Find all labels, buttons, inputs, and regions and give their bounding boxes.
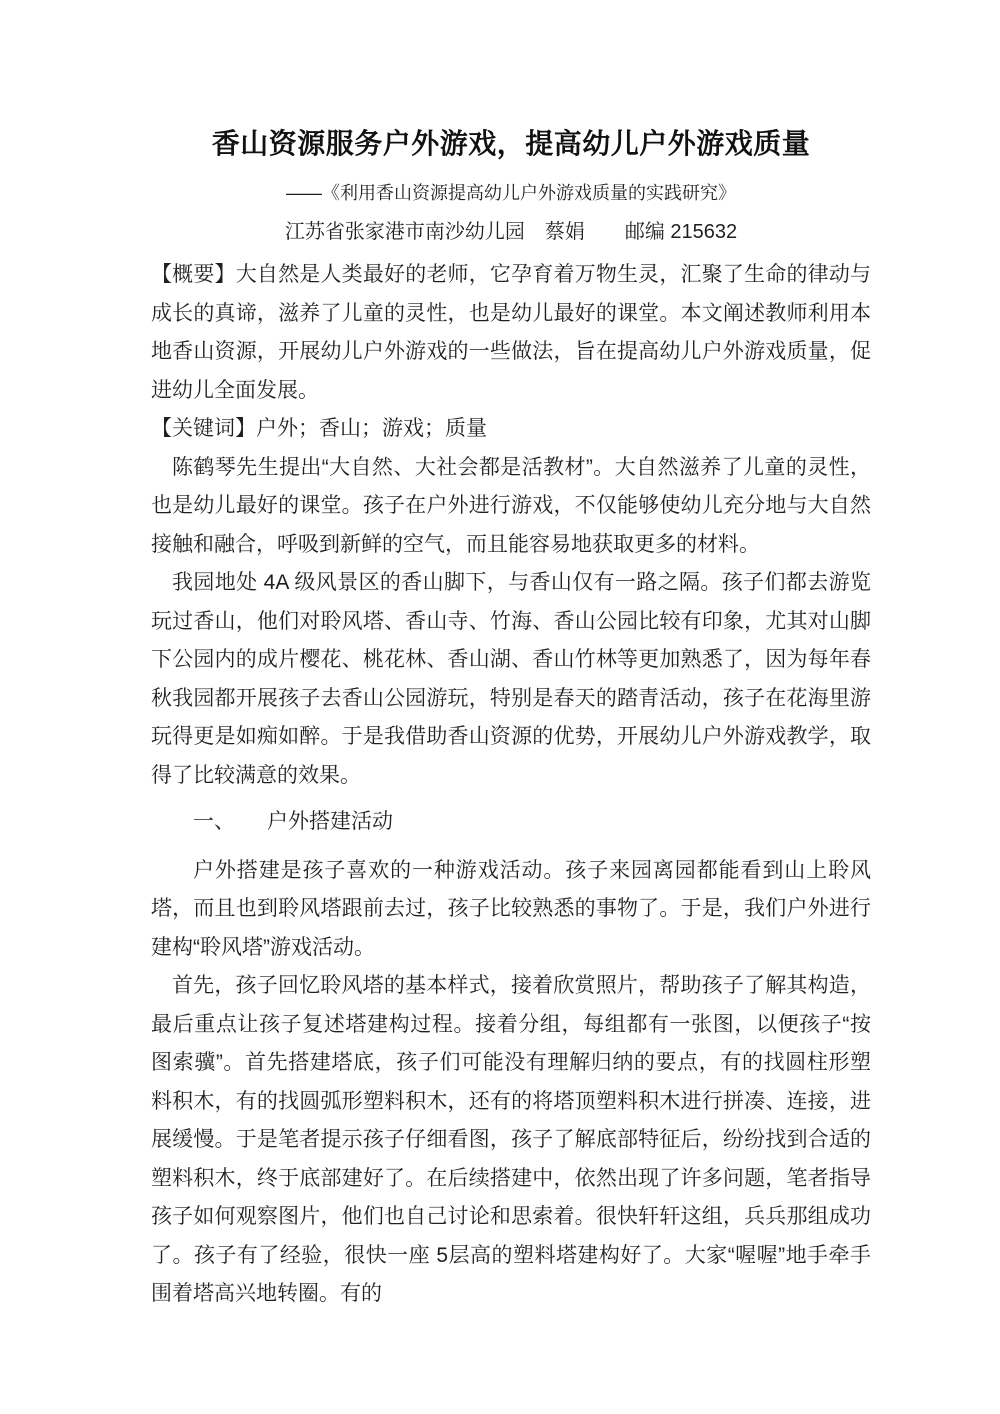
section-title: 户外搭建活动 [267, 810, 393, 833]
abstract-paragraph: 【概要】大自然是人类最好的老师，它孕育着万物生灵，汇聚了生命的律动与成长的真谛，… [151, 256, 871, 410]
section-heading: 一、户外搭建活动 [151, 803, 871, 842]
section-paragraph-1: 户外搭建是孩子喜欢的一种游戏活动。孩子来园离园都能看到山上聆风塔，而且也到聆风塔… [151, 852, 871, 968]
document-page: 香山资源服务户外游戏，提高幼儿户外游戏质量 ——《利用香山资源提高幼儿户外游戏质… [0, 0, 1000, 1414]
abstract-label: 【概要】 [151, 263, 236, 286]
document-title: 香山资源服务户外游戏，提高幼儿户外游戏质量 [151, 126, 871, 162]
document-subtitle: ——《利用香山资源提高幼儿户外游戏质量的实践研究》 [151, 180, 871, 206]
keywords-text: 户外；香山；游戏；质量 [256, 417, 487, 440]
intro-paragraph-1: 陈鹤琴先生提出“大自然、大社会都是活教材”。大自然滋养了儿童的灵性，也是幼儿最好… [151, 449, 871, 565]
keywords-paragraph: 【关键词】户外；香山；游戏；质量 [151, 410, 871, 449]
author-line: 江苏省张家港市南沙幼儿园 蔡娟 邮编 215632 [151, 218, 871, 246]
keywords-label: 【关键词】 [151, 417, 256, 440]
section-paragraph-2: 首先，孩子回忆聆风塔的基本样式，接着欣赏照片，帮助孩子了解其构造，最后重点让孩子… [151, 967, 871, 1314]
document-body: 【概要】大自然是人类最好的老师，它孕育着万物生灵，汇聚了生命的律动与成长的真谛，… [151, 256, 871, 1314]
section-number: 一、 [193, 810, 235, 833]
intro-paragraph-2: 我园地处 4A 级风景区的香山脚下，与香山仅有一路之隔。孩子们都去游览玩过香山，… [151, 564, 871, 795]
document-content: 香山资源服务户外游戏，提高幼儿户外游戏质量 ——《利用香山资源提高幼儿户外游戏质… [151, 0, 871, 1314]
abstract-text: 大自然是人类最好的老师，它孕育着万物生灵，汇聚了生命的律动与成长的真谛，滋养了儿… [151, 263, 871, 402]
